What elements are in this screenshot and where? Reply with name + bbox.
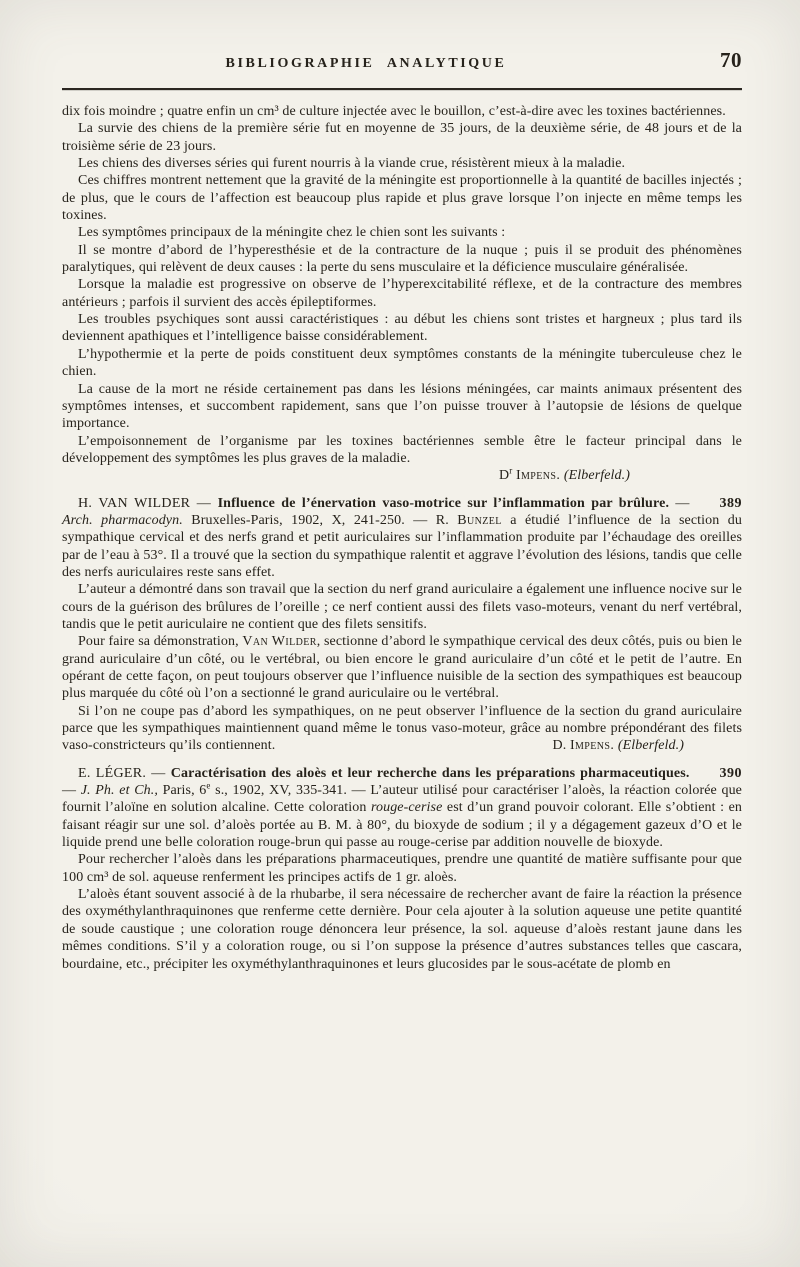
cited-researcher-name: Van Wilder	[242, 634, 316, 649]
entry-title: Caractérisation des aloès et leur recher…	[171, 766, 690, 781]
journal-title: Arch. pharmacodyn.	[62, 513, 183, 528]
paragraph: L’empoisonnement de l’organisme par les …	[62, 433, 742, 468]
scanned-page: BIBLIOGRAPHIE ANALYTIQUE 70 dix fois moi…	[0, 0, 800, 1267]
page-header: BIBLIOGRAPHIE ANALYTIQUE 70	[62, 48, 742, 82]
page-number: 70	[720, 48, 742, 73]
cited-researcher-name: Bunzel	[457, 513, 502, 528]
reviewer-name: Impens.	[570, 738, 614, 753]
paragraph: Les symptômes principaux de la méningite…	[62, 224, 742, 241]
paragraph: Les chiens des diverses séries qui furen…	[62, 155, 742, 172]
paragraph: dix fois moindre ; quatre enfin un cm³ d…	[62, 103, 742, 120]
page-body: dix fois moindre ; quatre enfin un cm³ d…	[62, 103, 742, 973]
entry-number: 389	[704, 495, 743, 512]
paragraph: Les troubles psychiques sont aussi carac…	[62, 311, 742, 346]
entry-author: H. VAN WILDER —	[78, 496, 218, 511]
signature-initial: D	[499, 468, 509, 483]
header-rule	[62, 88, 742, 90]
paragraph: Pour faire sa démonstration, Van Wilder,…	[62, 633, 742, 702]
entry-heading-and-abstract: 390E. LÉGER. — Caractérisation des aloès…	[62, 765, 742, 852]
signature-initial: D.	[553, 738, 570, 753]
bibliography-entry-390: 390E. LÉGER. — Caractérisation des aloès…	[62, 765, 742, 973]
paragraph: Pour rechercher l’aloès dans les prépara…	[62, 851, 742, 886]
bibliography-entry-389: 389H. VAN WILDER — Influence de l’énerva…	[62, 495, 742, 755]
paragraph: La cause de la mort ne réside certaineme…	[62, 381, 742, 433]
separator-dash: —	[62, 783, 81, 798]
reviewer-signature: D. Impens. (Elberfeld.)	[537, 737, 684, 754]
entry-citation: Bruxelles-Paris, 1902, X, 241-250. —	[183, 513, 436, 528]
reviewer-name: Impens.	[516, 468, 560, 483]
journal-title: J. Ph. et Ch.,	[81, 783, 158, 798]
reviewer-location: (Elberfeld.)	[618, 738, 684, 753]
paragraph: L’hypothermie et la perte de poids const…	[62, 346, 742, 381]
paragraph: L’aloès étant souvent associé à de la rh…	[62, 886, 742, 973]
paragraph: Il se montre d’abord de l’hyperesthésie …	[62, 242, 742, 277]
reviewer-signature: Dr Impens. (Elberfeld.)	[62, 467, 742, 484]
entry-title: Influence de l’énervation vaso-motrice s…	[218, 496, 670, 511]
entry-citation: Paris, 6	[158, 783, 206, 798]
paragraph: L’auteur a démontré dans son travail que…	[62, 581, 742, 633]
paragraph-text: Pour faire sa démonstration,	[78, 634, 242, 649]
reviewer-location: (Elberfeld.)	[564, 468, 630, 483]
paragraph: Ces chiffres montrent nettement que la g…	[62, 172, 742, 224]
abstract-text: R.	[436, 513, 457, 528]
signature-superscript: r	[509, 466, 512, 476]
entry-citation: s., 1902, XV, 335-341. —	[211, 783, 371, 798]
running-head-title: BIBLIOGRAPHIE ANALYTIQUE	[226, 56, 507, 72]
paragraph: La survie des chiens de la première séri…	[62, 120, 742, 155]
paragraph: Si l’on ne coupe pas d’abord les sympath…	[62, 703, 742, 755]
entry-author: E. LÉGER. —	[78, 766, 171, 781]
entry-number: 390	[704, 765, 743, 782]
entry-heading-and-abstract: 389H. VAN WILDER — Influence de l’énerva…	[62, 495, 742, 582]
paragraph: Lorsque la maladie est progressive on ob…	[62, 276, 742, 311]
separator-dash: —	[669, 496, 689, 511]
emphasized-term: rouge-cerise	[371, 800, 442, 815]
